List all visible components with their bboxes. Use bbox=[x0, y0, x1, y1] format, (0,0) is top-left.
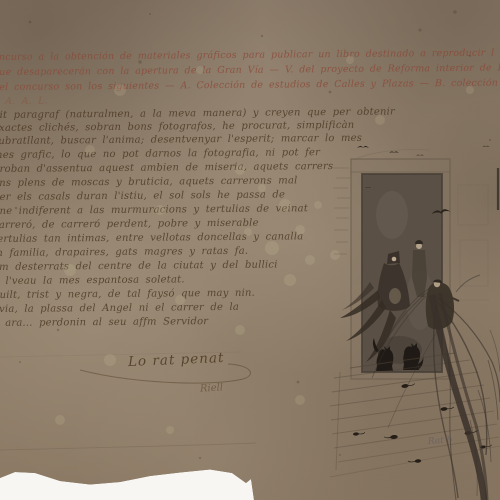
steps-inscription: Rat b bbox=[427, 435, 453, 447]
photograph-of-manuscript: oncurso a la obtención de materiales grá… bbox=[0, 0, 500, 500]
signature-flourish bbox=[80, 364, 250, 383]
ink-drawing-layer: Rat b bbox=[0, 0, 500, 500]
